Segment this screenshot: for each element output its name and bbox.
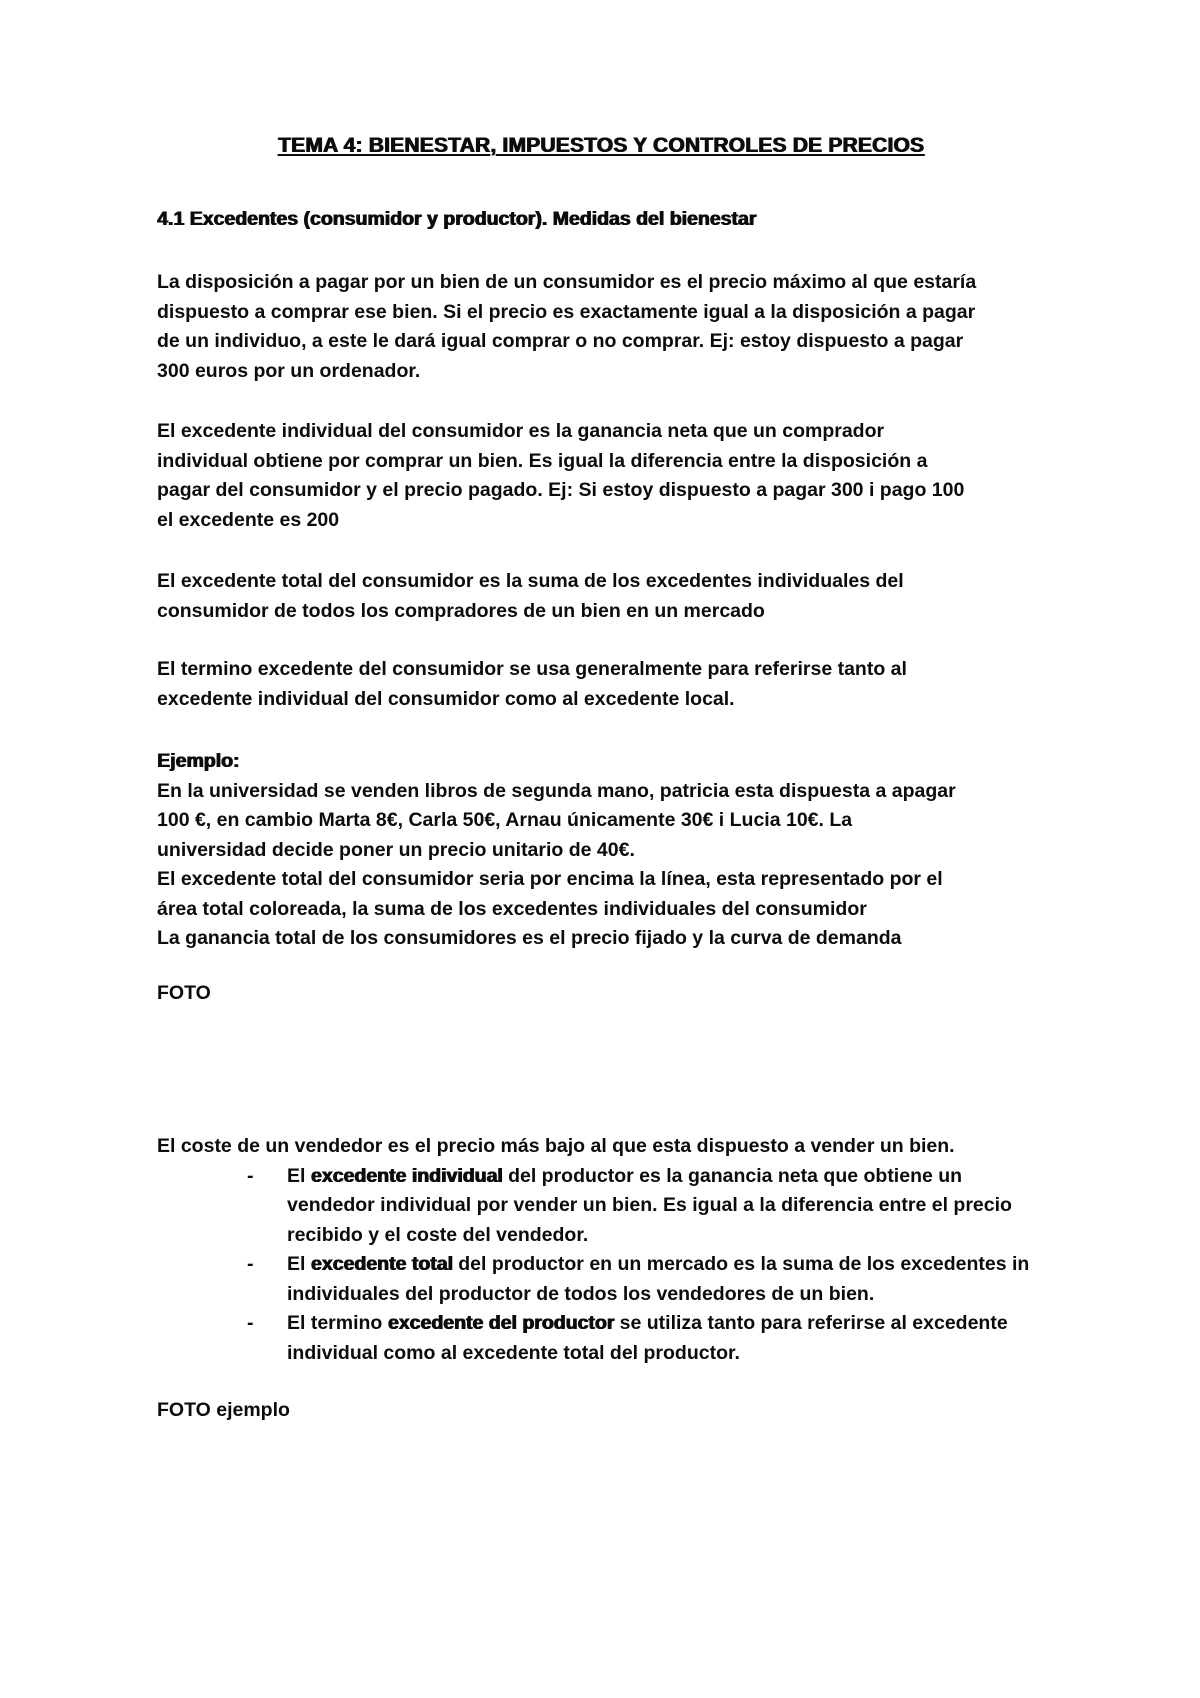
list-item: - El excedente total del productor en un…: [157, 1250, 1077, 1309]
bullet-text-segment: El: [287, 1253, 311, 1275]
example-heading: Ejemplo:: [157, 747, 1077, 777]
bullet-text-segment: El: [287, 1165, 311, 1187]
bullet-text-bold-segment: excedente del productor: [388, 1312, 614, 1334]
list-item: - El termino excedente del productor se …: [157, 1309, 1077, 1368]
photo-placeholder-example: FOTO ejemplo: [157, 1396, 1077, 1426]
paragraph-consumer-surplus-term: El termino excedente del consumidor se u…: [157, 655, 1077, 714]
bullet-text: El termino excedente del productor se ut…: [287, 1309, 1008, 1368]
photo-placeholder: FOTO: [157, 979, 1077, 1009]
bullet-dash-marker: -: [157, 1162, 287, 1192]
section-heading: 4.1 Excedentes (consumidor y productor).…: [157, 205, 1077, 235]
paragraph-total-consumer-surplus: El excedente total del consumidor es la …: [157, 567, 1077, 626]
example-block: Ejemplo: En la universidad se venden lib…: [157, 747, 1077, 954]
bullet-dash-marker: -: [157, 1309, 287, 1339]
bullet-text: El excedente individual del productor es…: [287, 1162, 1012, 1251]
bullet-text: El excedente total del productor en un m…: [287, 1250, 1029, 1309]
bullet-text-segment: El termino: [287, 1312, 388, 1334]
document-title: TEMA 4: BIENESTAR, IMPUESTOS Y CONTROLES…: [157, 131, 1045, 161]
paragraph-willingness-to-pay: La disposición a pagar por un bien de un…: [157, 268, 1077, 386]
example-body: En la universidad se venden libros de se…: [157, 777, 1077, 954]
paragraph-individual-consumer-surplus: El excedente individual del consumidor e…: [157, 417, 1077, 535]
producer-surplus-bullet-list: - El excedente individual del productor …: [157, 1162, 1077, 1369]
bullet-text-bold-segment: excedente individual: [311, 1165, 503, 1187]
list-item: - El excedente individual del productor …: [157, 1162, 1077, 1251]
paragraph-seller-cost-intro: El coste de un vendedor es el precio más…: [157, 1132, 1077, 1162]
document-page: TEMA 4: BIENESTAR, IMPUESTOS Y CONTROLES…: [157, 131, 1077, 1426]
bullet-dash-marker: -: [157, 1250, 287, 1280]
bullet-text-bold-segment: excedente total: [311, 1253, 453, 1275]
